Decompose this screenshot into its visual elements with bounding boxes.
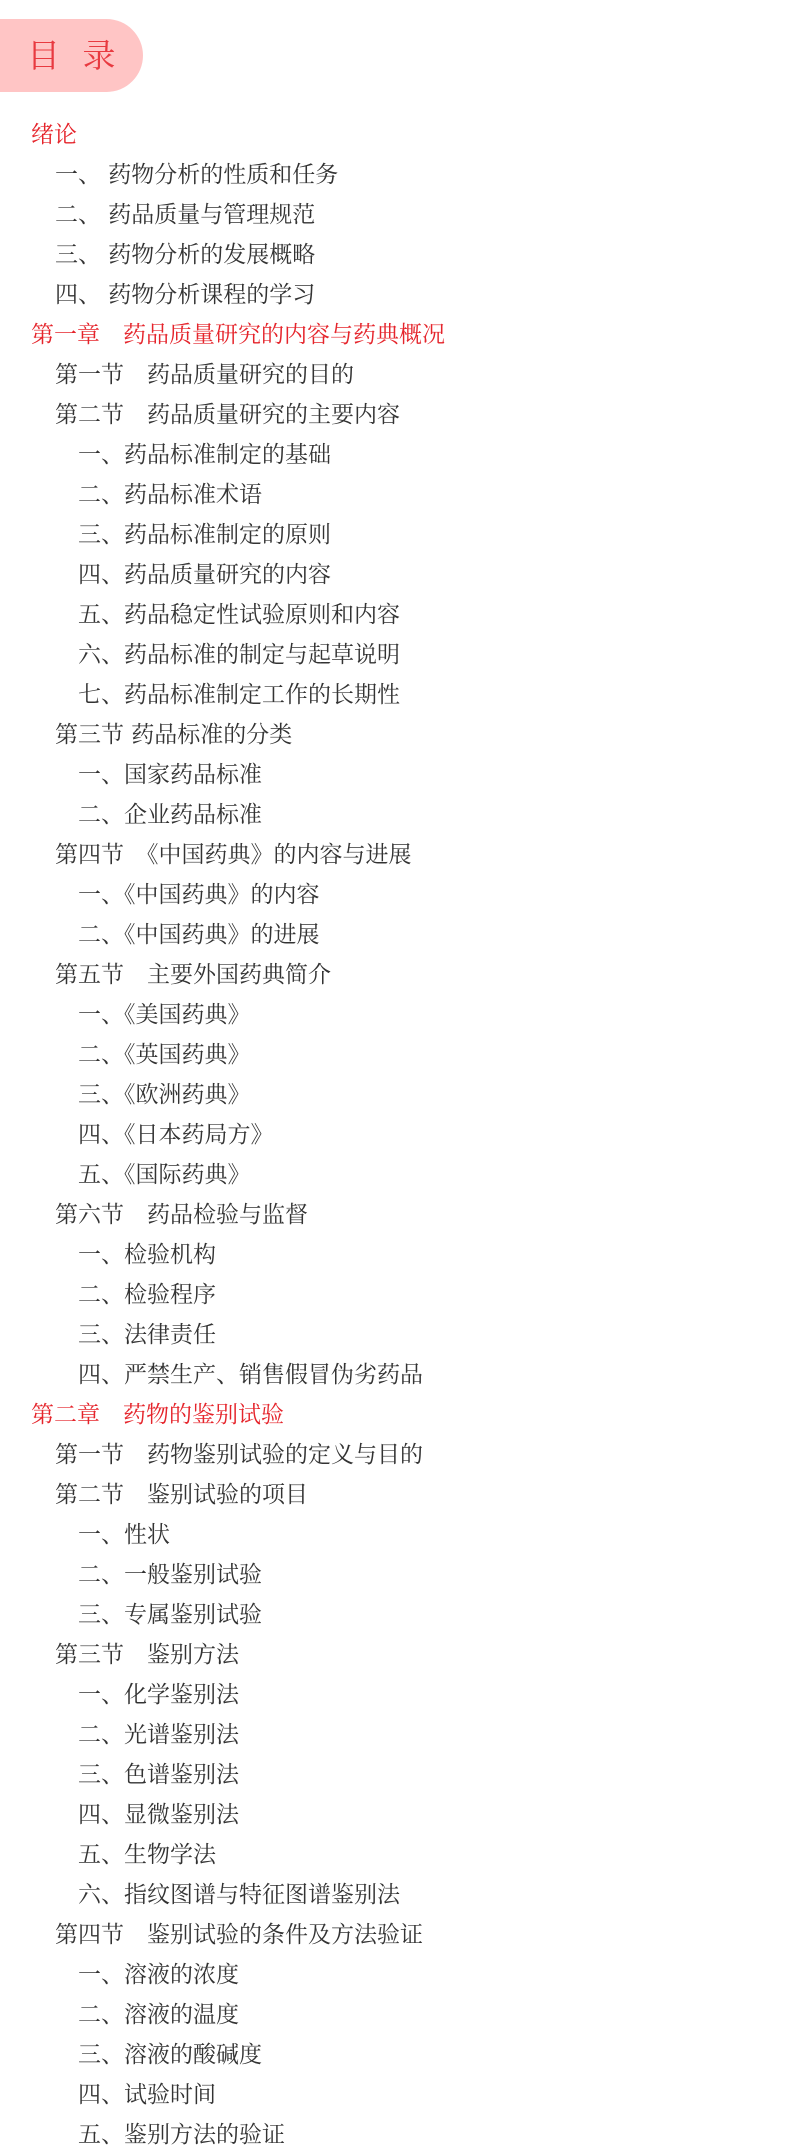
toc-subsection-link[interactable]: 二、光谱鉴别法 [0, 1715, 790, 1755]
toc-section-link[interactable]: 第五节 主要外国药典简介 [0, 955, 790, 995]
toc-subsection-link[interactable]: 四、显微鉴别法 [0, 1795, 790, 1835]
toc-section-link[interactable]: 第四节 《中国药典》的内容与进展 [0, 835, 790, 875]
toc-subsection-link[interactable]: 一、《中国药典》的内容 [0, 875, 790, 915]
toc-subsection-link[interactable]: 三、法律责任 [0, 1315, 790, 1355]
toc-subsection-link[interactable]: 四、严禁生产、销售假冒伪劣药品 [0, 1355, 790, 1395]
toc-subsection-link[interactable]: 二、企业药品标准 [0, 795, 790, 835]
toc-subsection-link[interactable]: 四、试验时间 [0, 2075, 790, 2115]
toc-header-banner: 目 录 [0, 19, 143, 92]
toc-subsection-link[interactable]: 三、溶液的酸碱度 [0, 2035, 790, 2075]
toc-section-link[interactable]: 三、 药物分析的发展概略 [0, 235, 790, 275]
table-of-contents: 绪论一、 药物分析的性质和任务二、 药品质量与管理规范三、 药物分析的发展概略四… [0, 115, 790, 2155]
toc-chapter-link[interactable]: 第二章 药物的鉴别试验 [0, 1395, 790, 1435]
toc-subsection-link[interactable]: 三、药品标准制定的原则 [0, 515, 790, 555]
toc-subsection-link[interactable]: 一、《美国药典》 [0, 995, 790, 1035]
toc-subsection-link[interactable]: 五、生物学法 [0, 1835, 790, 1875]
toc-section-link[interactable]: 四、 药物分析课程的学习 [0, 275, 790, 315]
toc-section-link[interactable]: 二、 药品质量与管理规范 [0, 195, 790, 235]
toc-section-link[interactable]: 第一节 药品质量研究的目的 [0, 355, 790, 395]
toc-subsection-link[interactable]: 一、检验机构 [0, 1235, 790, 1275]
toc-section-link[interactable]: 第三节 鉴别方法 [0, 1635, 790, 1675]
toc-subsection-link[interactable]: 一、溶液的浓度 [0, 1955, 790, 1995]
toc-subsection-link[interactable]: 一、化学鉴别法 [0, 1675, 790, 1715]
toc-subsection-link[interactable]: 二、《中国药典》的进展 [0, 915, 790, 955]
toc-subsection-link[interactable]: 三、色谱鉴别法 [0, 1755, 790, 1795]
toc-subsection-link[interactable]: 三、《欧洲药典》 [0, 1075, 790, 1115]
toc-subsection-link[interactable]: 一、药品标准制定的基础 [0, 435, 790, 475]
toc-subsection-link[interactable]: 二、一般鉴别试验 [0, 1555, 790, 1595]
toc-section-link[interactable]: 第三节 药品标准的分类 [0, 715, 790, 755]
toc-subsection-link[interactable]: 二、溶液的温度 [0, 1995, 790, 2035]
toc-subsection-link[interactable]: 七、药品标准制定工作的长期性 [0, 675, 790, 715]
toc-subsection-link[interactable]: 五、药品稳定性试验原则和内容 [0, 595, 790, 635]
page-title: 目 录 [27, 39, 122, 72]
toc-subsection-link[interactable]: 四、药品质量研究的内容 [0, 555, 790, 595]
toc-subsection-link[interactable]: 一、国家药品标准 [0, 755, 790, 795]
toc-section-link[interactable]: 第一节 药物鉴别试验的定义与目的 [0, 1435, 790, 1475]
toc-section-link[interactable]: 第四节 鉴别试验的条件及方法验证 [0, 1915, 790, 1955]
toc-chapter-link[interactable]: 绪论 [0, 115, 790, 155]
toc-subsection-link[interactable]: 一、性状 [0, 1515, 790, 1555]
toc-subsection-link[interactable]: 五、鉴别方法的验证 [0, 2115, 790, 2155]
toc-section-link[interactable]: 第二节 鉴别试验的项目 [0, 1475, 790, 1515]
toc-section-link[interactable]: 第六节 药品检验与监督 [0, 1195, 790, 1235]
toc-section-link[interactable]: 一、 药物分析的性质和任务 [0, 155, 790, 195]
toc-subsection-link[interactable]: 五、《国际药典》 [0, 1155, 790, 1195]
toc-subsection-link[interactable]: 四、《日本药局方》 [0, 1115, 790, 1155]
toc-chapter-link[interactable]: 第一章 药品质量研究的内容与药典概况 [0, 315, 790, 355]
toc-subsection-link[interactable]: 六、指纹图谱与特征图谱鉴别法 [0, 1875, 790, 1915]
toc-subsection-link[interactable]: 二、检验程序 [0, 1275, 790, 1315]
toc-subsection-link[interactable]: 二、药品标准术语 [0, 475, 790, 515]
toc-section-link[interactable]: 第二节 药品质量研究的主要内容 [0, 395, 790, 435]
toc-subsection-link[interactable]: 六、药品标准的制定与起草说明 [0, 635, 790, 675]
toc-subsection-link[interactable]: 三、专属鉴别试验 [0, 1595, 790, 1635]
toc-subsection-link[interactable]: 二、《英国药典》 [0, 1035, 790, 1075]
